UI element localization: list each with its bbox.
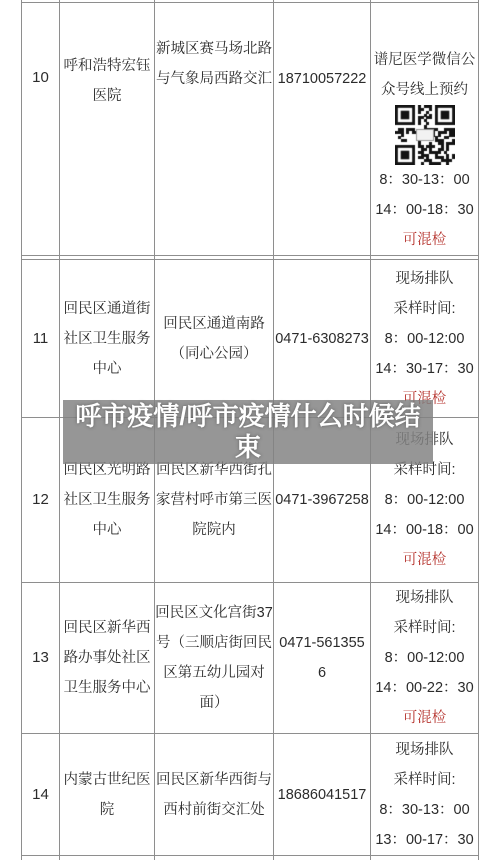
table-row: 14内蒙古世纪医院回民区新华西街与西村前街交汇处18686041517现场排队采… (21, 734, 479, 856)
name-text-line: 医院 (93, 81, 122, 111)
note-text-line: 13：00-17：30 (375, 825, 473, 855)
site-name-cell: 呼和浩特宏钰医院 (60, 3, 155, 255)
watermark-text-line2: 束 (235, 432, 261, 463)
watermark-overlay: 呼市疫情/呼市疫情什么时候结 束 (63, 400, 433, 464)
name-text-line: 内蒙古世纪医 (64, 765, 151, 795)
notes-cell: 现场排队采样时间:8：30-13：0013：00-17：30 (371, 734, 479, 855)
row-number: 12 (32, 485, 49, 515)
empty-cell (22, 0, 60, 2)
note-text-line: 8：00-12:00 (385, 485, 465, 515)
address-text-line: 家营村呼市第三医 (156, 485, 272, 515)
notes-cell: 现场排队采样时间:8：00-12:0014：30-17：30可混检 (371, 260, 479, 417)
address-cell: 回民区新华西街与西村前街交汇处 (155, 734, 274, 855)
address-cell: 回民区通道南路（同心公园） (155, 260, 274, 417)
phone-text-line: 0471-561355 (279, 628, 364, 658)
name-text-line: 中心 (93, 515, 122, 545)
row-number-cell: 12 (22, 418, 60, 582)
site-name-cell: 内蒙古世纪医院 (60, 734, 155, 855)
address-text-line: 号（三顺店街回民 (156, 628, 272, 658)
name-text-line: 院 (100, 795, 115, 825)
row-number-cell: 10 (22, 3, 60, 255)
phone-cell: 18686041517 (274, 734, 371, 855)
empty-cell (274, 856, 371, 860)
empty-cell (60, 0, 155, 2)
site-name-cell: 回民区通道街社区卫生服务中心 (60, 260, 155, 417)
name-text-line: 卫生服务中心 (64, 673, 151, 703)
note-text-line: 14：00-18：30 (375, 195, 473, 225)
row-number-cell: 11 (22, 260, 60, 417)
note-text-line: 采样时间: (393, 294, 455, 324)
address-text-line: 新城区赛马场北路 (156, 34, 272, 64)
note-text-line: 14：00-18：00 (375, 515, 473, 545)
notes-cell: 现场排队采样时间:8：00-12:0014：00-22：30可混检 (371, 583, 479, 733)
address-text-line: 区第五幼儿园对 (163, 658, 265, 688)
note-text-line: 现场排队 (396, 735, 454, 765)
empty-cell (274, 0, 371, 2)
empty-cell (60, 856, 155, 860)
empty-cell (274, 256, 371, 259)
mixed-test-badge: 可混检 (403, 545, 447, 575)
phone-text-line: 0471-6308273 (275, 324, 369, 354)
name-text-line: 社区卫生服务 (64, 485, 151, 515)
name-text-line: 社区卫生服务 (64, 324, 151, 354)
phone-cell: 0471-5613556 (274, 583, 371, 733)
empty-cell (155, 0, 274, 2)
watermark-text-line1: 呼市疫情/呼市疫情什么时候结 (75, 401, 420, 432)
name-text-line: 路办事处社区 (64, 643, 151, 673)
row-number-cell: 14 (22, 734, 60, 855)
row-number-cell: 13 (22, 583, 60, 733)
note-text-line: 8：00-12:00 (385, 324, 465, 354)
row-number: 14 (32, 780, 49, 810)
address-text-line: 回民区新华西街与 (156, 765, 272, 795)
empty-cell (371, 856, 479, 860)
note-text-line: 8：00-12:00 (385, 643, 465, 673)
empty-cell (155, 256, 274, 259)
partial-table-row (21, 856, 479, 860)
note-text-line: 谱尼医学微信公 (374, 45, 476, 75)
phone-text-line: 18710057222 (278, 64, 367, 94)
address-text-line: 回民区文化宫街37 (155, 598, 273, 628)
empty-cell (22, 256, 60, 259)
table-row: 13回民区新华西路办事处社区卫生服务中心回民区文化宫街37号（三顺店街回民区第五… (21, 583, 479, 734)
empty-cell (60, 256, 155, 259)
note-text-line: 现场排队 (396, 264, 454, 294)
note-text-line: 14：00-22：30 (375, 673, 473, 703)
mixed-test-badge: 可混检 (403, 703, 447, 733)
name-text-line: 呼和浩特宏钰 (64, 51, 151, 81)
name-text-line: 中心 (93, 354, 122, 384)
note-text-line: 8：30-13：00 (379, 795, 469, 825)
address-text-line: 面） (200, 688, 229, 718)
empty-cell (155, 856, 274, 860)
empty-cell (22, 856, 60, 860)
note-text-line: 14：30-17：30 (375, 354, 473, 384)
address-text-line: 西村前街交汇处 (163, 795, 265, 825)
row-number: 11 (33, 324, 49, 354)
name-text-line: 回民区新华西 (64, 613, 151, 643)
address-text-line: （同心公园） (171, 339, 258, 369)
note-text-line: 众号线上预约 (381, 75, 468, 105)
note-text-line: 8：30-13：00 (379, 165, 469, 195)
address-text-line: 院院内 (192, 515, 236, 545)
address-cell: 新城区赛马场北路与气象局西路交汇 (155, 3, 274, 255)
notes-cell: 谱尼医学微信公众号线上预约8：30-13：0014：00-18：30可混检 (371, 3, 479, 255)
address-text-line: 与气象局西路交汇 (156, 64, 272, 94)
wechat-qr-code-icon (395, 105, 455, 165)
address-text-line: 回民区通道南路 (163, 309, 265, 339)
phone-cell: 18710057222 (274, 3, 371, 255)
note-text-line: 现场排队 (396, 583, 454, 613)
address-cell: 回民区文化宫街37号（三顺店街回民区第五幼儿园对面） (155, 583, 274, 733)
mixed-test-badge: 可混检 (403, 225, 447, 255)
note-text-line: 采样时间: (393, 765, 455, 795)
phone-text-line: 6 (318, 658, 326, 688)
empty-cell (371, 0, 479, 2)
note-text-line: 采样时间: (393, 613, 455, 643)
phone-cell: 0471-6308273 (274, 260, 371, 417)
table-row: 10呼和浩特宏钰医院新城区赛马场北路与气象局西路交汇18710057222谱尼医… (21, 3, 479, 256)
site-name-cell: 回民区新华西路办事处社区卫生服务中心 (60, 583, 155, 733)
testing-sites-screenshot: 10呼和浩特宏钰医院新城区赛马场北路与气象局西路交汇18710057222谱尼医… (0, 0, 500, 860)
row-number: 10 (32, 63, 49, 93)
phone-text-line: 0471-3967258 (275, 485, 369, 515)
phone-text-line: 18686041517 (278, 780, 367, 810)
table-row: 11回民区通道街社区卫生服务中心回民区通道南路（同心公园）0471-630827… (21, 260, 479, 418)
empty-cell (371, 256, 479, 259)
name-text-line: 回民区通道街 (64, 294, 151, 324)
row-number: 13 (32, 643, 49, 673)
